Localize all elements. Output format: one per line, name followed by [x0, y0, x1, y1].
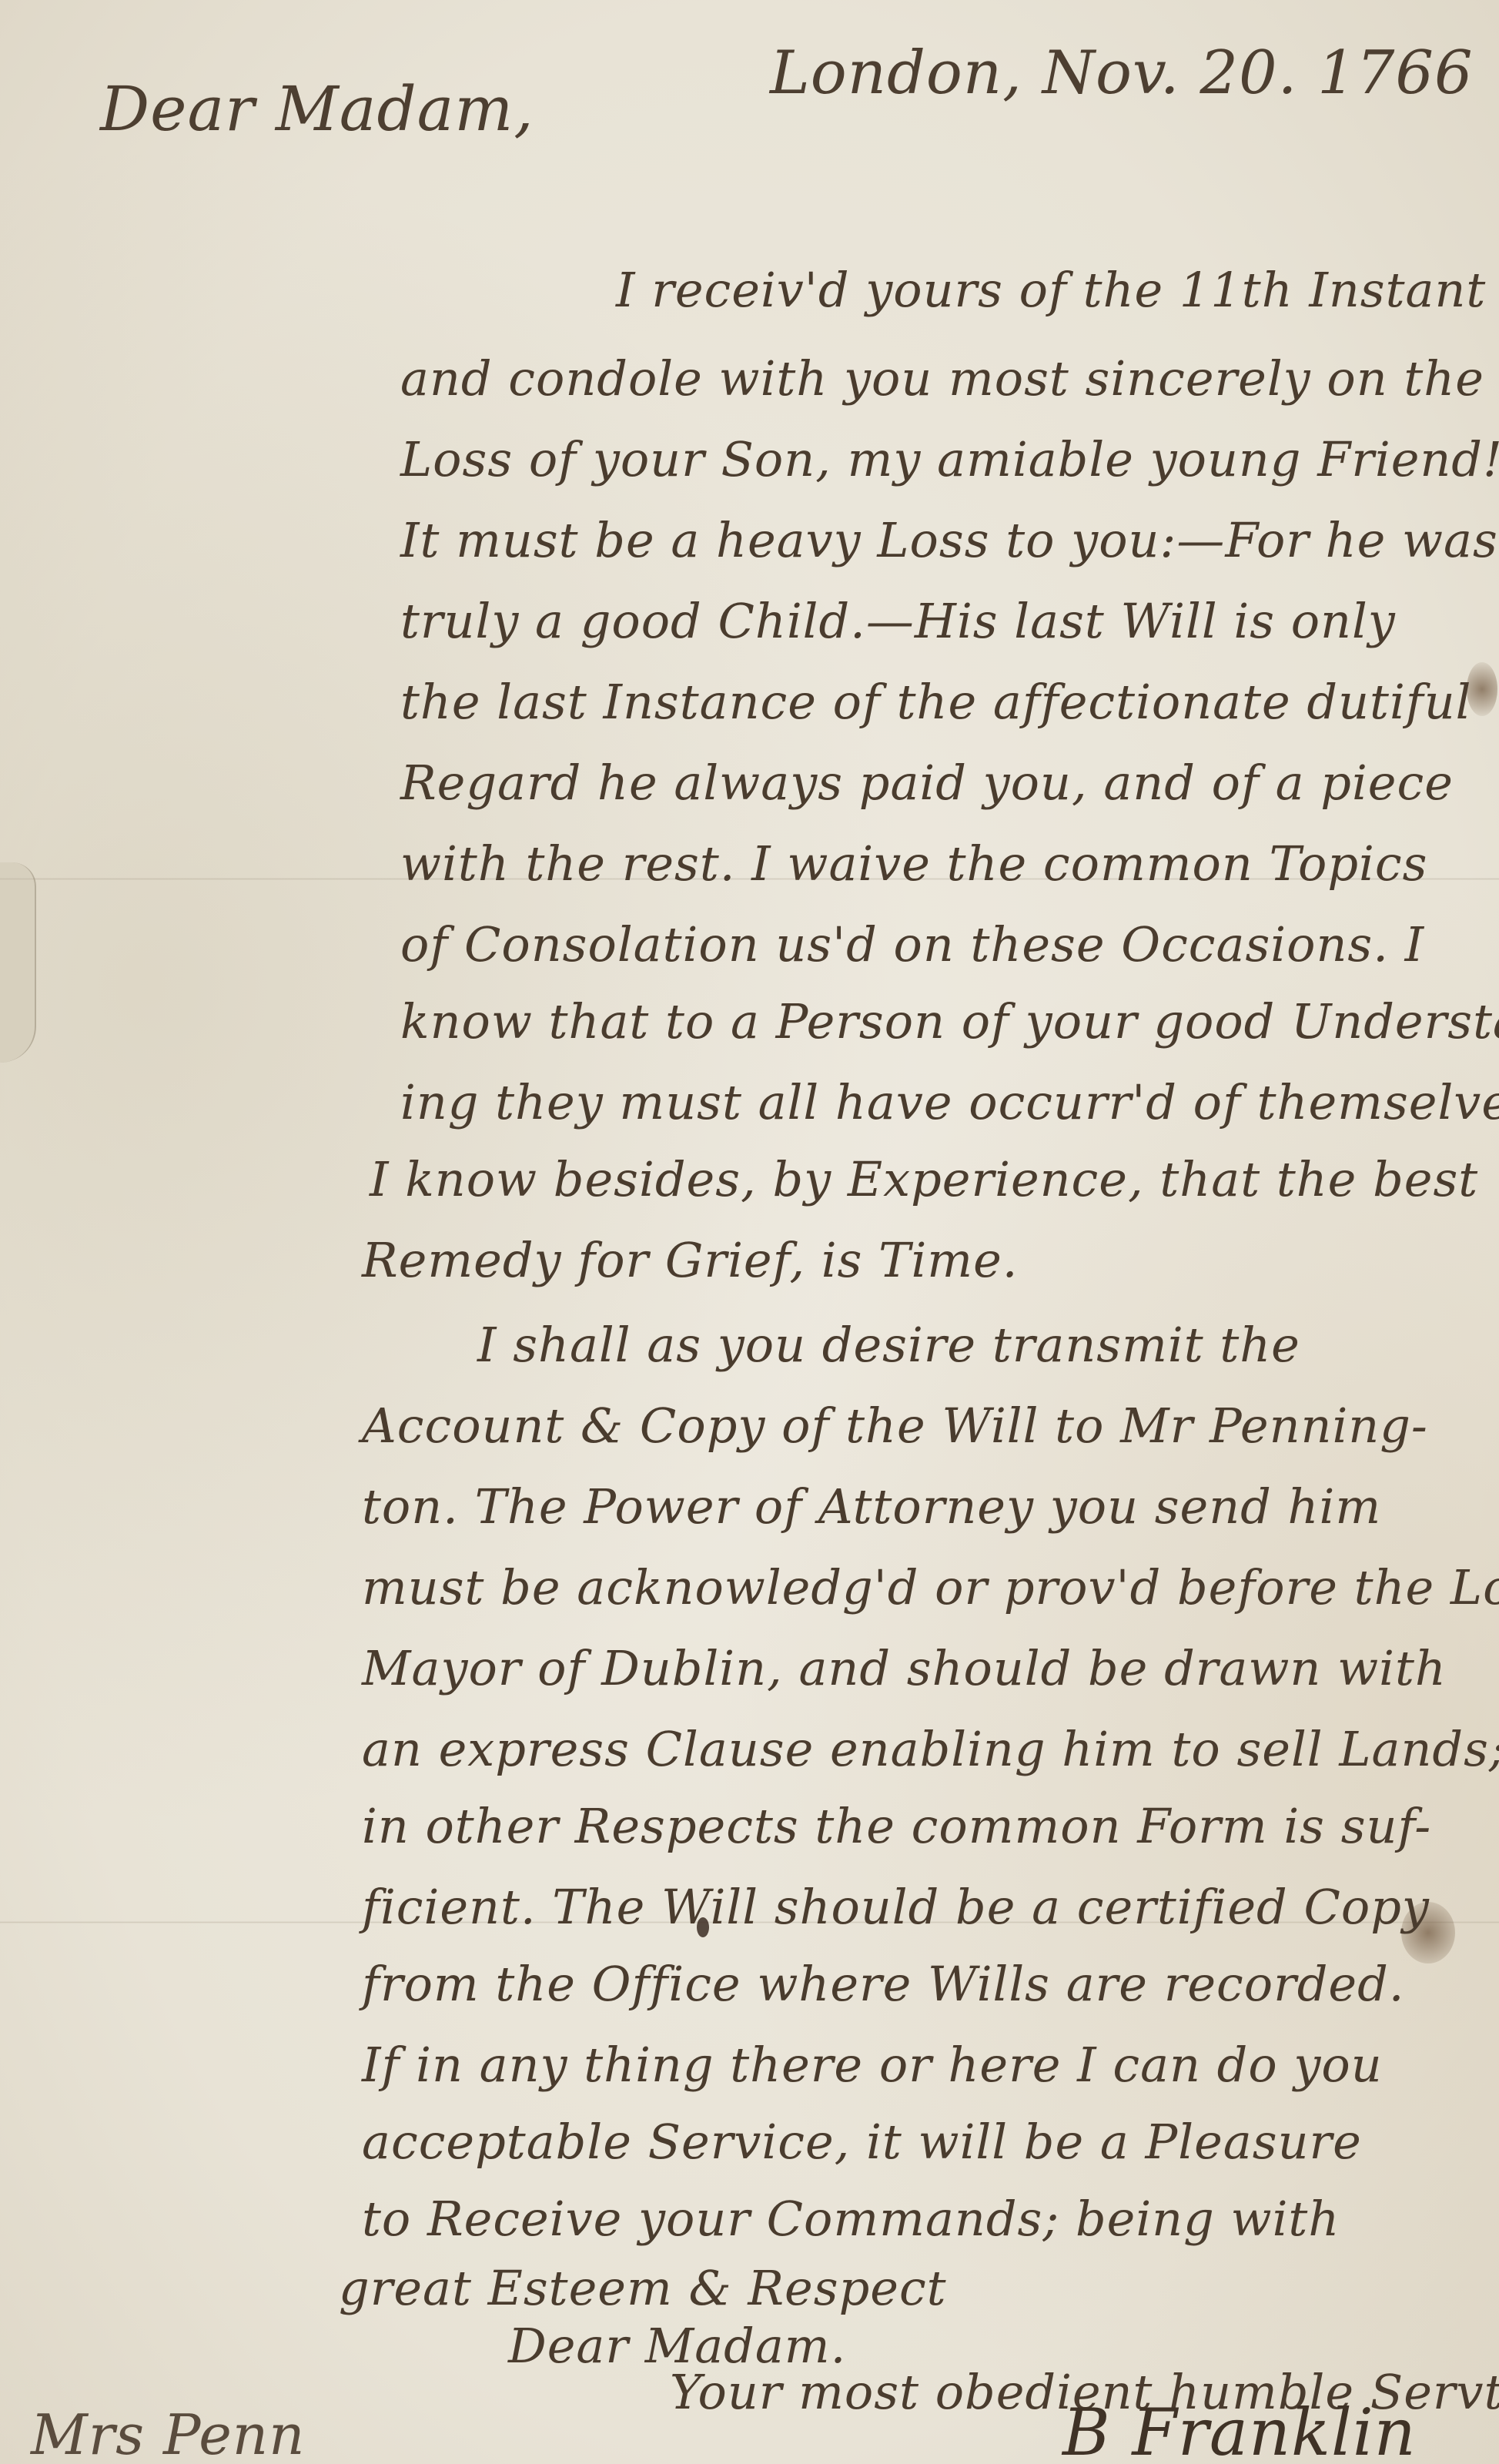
body-line: from the Office where Wills are recorded…	[362, 1956, 1405, 2012]
body-line: ing they must all have occurr'd of thems…	[400, 1074, 1499, 1130]
body-line: of Consolation us'd on these Occasions. …	[400, 916, 1424, 973]
body-line: know that to a Person of your good Under…	[400, 993, 1499, 1050]
body-line: great Esteem & Respect	[339, 2260, 947, 2316]
body-line: truly a good Child.—His last Will is onl…	[400, 593, 1396, 649]
body-line: in other Respects the common Form is suf…	[362, 1798, 1431, 1854]
body-line: It must be a heavy Loss to you:—For he w…	[400, 512, 1498, 568]
edge-damage	[0, 862, 36, 1063]
body-line: Regard he always paid you, and of a piec…	[400, 755, 1454, 811]
body-line: I know besides, by Experience, that the …	[370, 1151, 1478, 1207]
body-line: Remedy for Grief, is Time.	[362, 1232, 1018, 1288]
body-line: I shall as you desire transmit the	[477, 1317, 1300, 1373]
body-line: with the rest. I waive the common Topics	[400, 835, 1427, 892]
body-line: Loss of your Son, my amiable young Frien…	[400, 431, 1499, 487]
body-line: the last Instance of the affectionate du…	[400, 674, 1472, 730]
dateline: London, Nov. 20. 1766	[770, 38, 1474, 108]
body-line: an express Clause enabling him to sell L…	[362, 1721, 1499, 1777]
body-line: ficient. The Will should be a certified …	[362, 1879, 1430, 1935]
body-line: If in any thing there or here I can do y…	[362, 2037, 1383, 2093]
addressee: Mrs Penn	[31, 2402, 306, 2464]
salutation: Dear Madam,	[100, 73, 534, 145]
body-line: Mayor of Dublin, and should be drawn wit…	[362, 1640, 1447, 1696]
body-line: I receiv'd yours of the 11th Instant	[616, 262, 1486, 318]
signature: B Franklin	[1062, 2395, 1417, 2464]
body-line: acceptable Service, it will be a Pleasur…	[362, 2114, 1362, 2170]
body-line: Account & Copy of the Will to Mr Penning…	[362, 1398, 1428, 1454]
letter-page: Dear Madam, London, Nov. 20. 1766 I rece…	[0, 0, 1499, 2464]
body-line: ton. The Power of Attorney you send him	[362, 1478, 1381, 1535]
body-line: must be acknowledg'd or prov'd before th…	[362, 1559, 1499, 1615]
body-line: to Receive your Commands; being with	[362, 2191, 1340, 2247]
body-line: and condole with you most sincerely on t…	[400, 350, 1484, 407]
